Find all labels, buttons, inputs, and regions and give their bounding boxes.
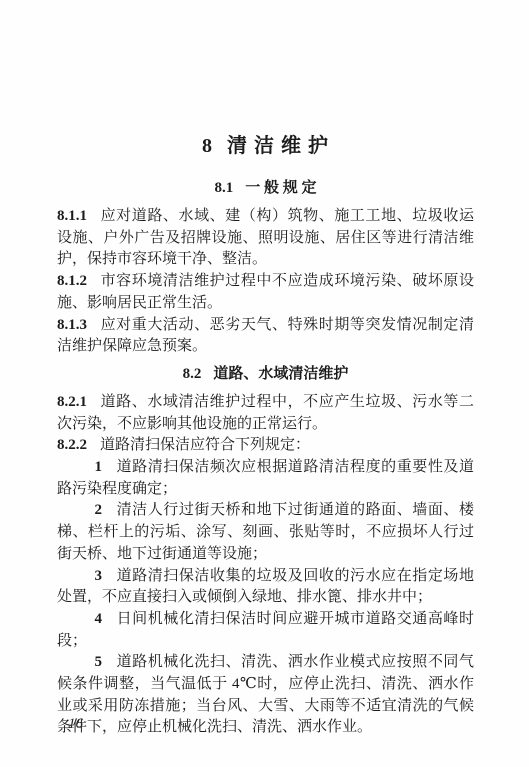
clause-text: 道路、水域清洁维护过程中，不应产生垃圾、污水等二次污染，不应影响其他设施的正常运… — [57, 394, 474, 432]
item-number: 2 — [95, 502, 103, 518]
section-number: 8.1 — [214, 180, 233, 196]
clause-number: 8.2.1 — [57, 394, 87, 410]
clause-number: 8.1.2 — [57, 273, 87, 289]
chapter-number: 8 — [202, 135, 213, 157]
chapter-heading: 8清 洁 维 护 — [57, 130, 474, 162]
section-heading-8-2: 8.2道路、水域清洁维护 — [57, 364, 474, 384]
item-text: 道路清扫保洁收集的垃圾及回收的污水应在指定场地处置，不应直接扫入或倾倒入绿地、排… — [57, 568, 474, 606]
clause-text: 应对重大活动、恶劣天气、特殊时期等突发情况制定清洁维护保障应急预案。 — [57, 317, 474, 355]
page-number: 16 — [68, 716, 83, 733]
item-number: 4 — [95, 611, 103, 627]
item-text: 清洁人行过街天桥和地下过街通道的路面、墙面、楼梯、栏杆上的污垢、涂写、刻画、张贴… — [57, 502, 474, 561]
list-item-5: 5道路机械化洗扫、清洗、洒水作业模式应按照不同气候条件调整，当气温低于 4℃时，… — [57, 652, 474, 739]
list-item-3: 3道路清扫保洁收集的垃圾及回收的污水应在指定场地处置，不应直接扫入或倾倒入绿地、… — [57, 566, 474, 609]
clause-text: 应对道路、水域、建（构）筑物、施工工地、垃圾收运设施、户外广告及招牌设施、照明设… — [57, 208, 474, 267]
item-text: 道路机械化洗扫、清洗、洒水作业模式应按照不同气候条件调整，当气温低于 4℃时，应… — [57, 654, 474, 735]
item-number: 3 — [95, 568, 103, 584]
list-item-2: 2清洁人行过街天桥和地下过街通道的路面、墙面、楼梯、栏杆上的污垢、涂写、刻画、张… — [57, 500, 474, 565]
clause-8-1-3: 8.1.3应对重大活动、恶劣天气、特殊时期等突发情况制定清洁维护保障应急预案。 — [57, 315, 474, 358]
section-number: 8.2 — [183, 366, 202, 382]
clause-number: 8.2.2 — [57, 437, 87, 453]
document-page: 8清 洁 维 护 8.1一 般 规 定 8.1.1应对道路、水域、建（构）筑物、… — [0, 0, 529, 767]
clause-8-1-2: 8.1.2市容环境清洁维护过程中不应造成环境污染、破坏原设施、影响居民正常生活。 — [57, 271, 474, 314]
chapter-title: 清 洁 维 护 — [227, 135, 329, 157]
list-item-1: 1道路清扫保洁频次应根据道路清洁程度的重要性及道路污染程度确定； — [57, 457, 474, 500]
list-item-4: 4日间机械化清扫保洁时间应避开城市道路交通高峰时段； — [57, 609, 474, 652]
item-text: 道路清扫保洁频次应根据道路清洁程度的重要性及道路污染程度确定； — [57, 459, 474, 497]
item-text: 日间机械化清扫保洁时间应避开城市道路交通高峰时段； — [57, 611, 474, 649]
clause-number: 8.1.1 — [57, 208, 87, 224]
clause-text: 市容环境清洁维护过程中不应造成环境污染、破坏原设施、影响居民正常生活。 — [57, 273, 474, 311]
item-number: 5 — [95, 654, 103, 670]
clause-text: 道路清扫保洁应符合下列规定： — [100, 437, 310, 453]
clause-8-1-1: 8.1.1应对道路、水域、建（构）筑物、施工工地、垃圾收运设施、户外广告及招牌设… — [57, 206, 474, 271]
clause-8-2-2: 8.2.2道路清扫保洁应符合下列规定： — [57, 435, 474, 457]
section-title: 一 般 规 定 — [245, 180, 316, 196]
clause-8-2-1: 8.2.1道路、水域清洁维护过程中，不应产生垃圾、污水等二次污染，不应影响其他设… — [57, 392, 474, 435]
clause-number: 8.1.3 — [57, 317, 87, 333]
section-title: 道路、水域清洁维护 — [213, 366, 348, 382]
section-heading-8-1: 8.1一 般 规 定 — [57, 178, 474, 198]
item-number: 1 — [95, 459, 103, 475]
